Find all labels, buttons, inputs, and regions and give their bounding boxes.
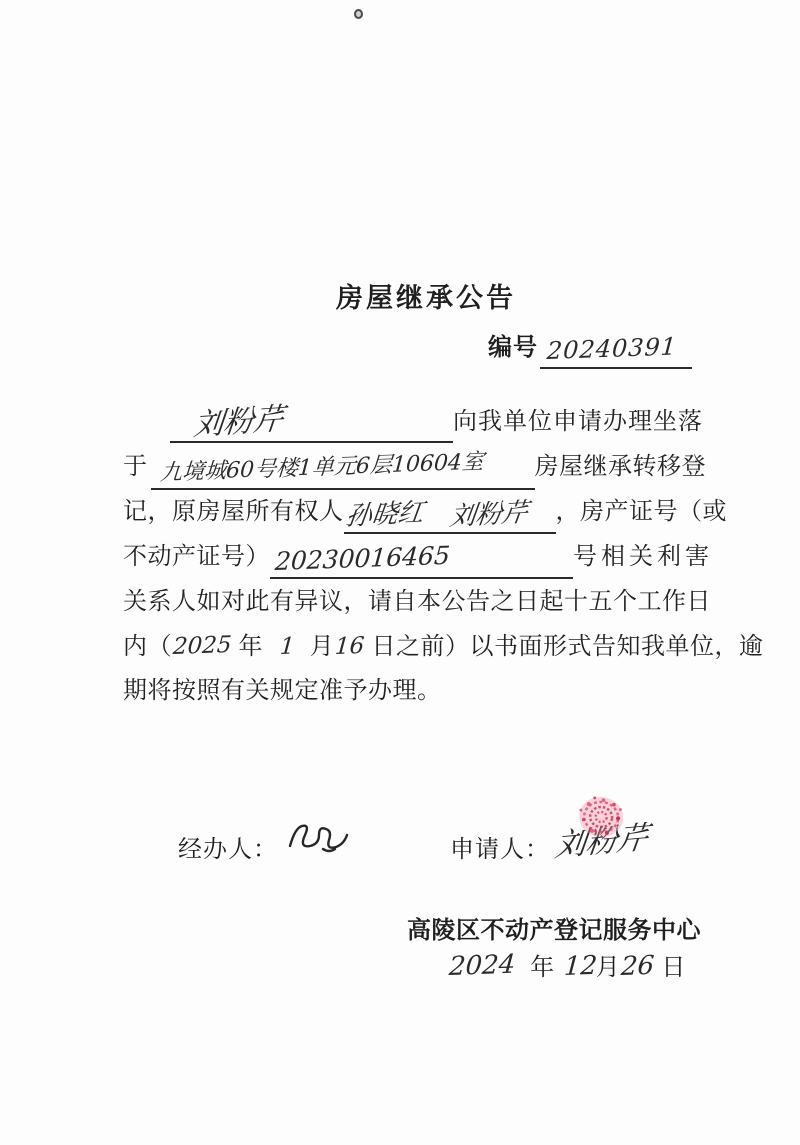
issue-date-line: 2024年12月26日	[448, 947, 686, 982]
former-owner-2-handwriting: 刘粉芹	[448, 498, 530, 532]
year-label: 年	[239, 633, 264, 660]
issue-day-label: 日	[661, 954, 686, 981]
body-text-line7: 期将按照有关规定准予办理。	[123, 677, 442, 704]
body-line-3: 记，原房屋所有权人孙晓红刘粉芹，房产证号（或	[123, 497, 727, 534]
issue-year-handwriting: 2024	[448, 950, 516, 982]
body-text-line6-suffix: 日之前）以书面形式告知我单位，逾	[371, 633, 763, 660]
body-text-after-address: 房屋继承转移登	[535, 453, 707, 480]
number-blank-underline: 20240391	[540, 337, 692, 369]
punch-mark-icon	[354, 9, 363, 19]
body-text-line4-prefix: 不动产证号）	[123, 543, 270, 570]
operator-label: 经办人：	[178, 829, 278, 864]
fingerprint-stamp-icon	[572, 792, 630, 850]
body-text-line4-suffix: 号相关利害	[573, 543, 713, 570]
issue-month-label: 月	[596, 954, 621, 981]
scanned-notice-page: 房屋继承公告 编号20240391 刘粉芹向我单位申请办理坐落 于九境城60号楼…	[0, 0, 800, 1145]
body-line-1: 刘粉芹向我单位申请办理坐落	[123, 407, 703, 443]
body-line-6: 内（2025年1月16日之前）以书面形式告知我单位，逾	[123, 632, 763, 662]
deadline-day-handwriting: 16	[334, 631, 365, 662]
body-line-4: 不动产证号）20230016465号相关利害	[123, 542, 713, 579]
issue-year-label: 年	[530, 954, 555, 981]
document-title: 房屋继承公告	[336, 276, 516, 315]
number-handwriting: 20240391	[546, 332, 678, 365]
body-line-5: 关系人如对此有异议，请自本公告之日起十五个工作日	[123, 587, 711, 617]
applicant-name-blank: 刘粉芹	[170, 411, 453, 443]
body-text-line6-prefix: 内（	[123, 633, 172, 660]
deadline-month-handwriting: 1	[279, 631, 296, 662]
cert-number-handwriting: 20230016465	[274, 541, 451, 577]
body-text-line3-suffix: ，房产证号（或	[556, 498, 728, 525]
issue-day-handwriting: 26	[620, 951, 655, 982]
cert-number-blank: 20230016465	[270, 547, 573, 579]
body-text-at: 于	[123, 453, 148, 480]
deadline-year-handwriting: 2025	[172, 630, 233, 662]
operator-signature-scribble	[286, 812, 350, 864]
applicant-label: 申请人：	[450, 829, 550, 864]
body-text-line3-prefix: 记，原房屋所有权人	[123, 498, 344, 525]
body-text-line5: 关系人如对此有异议，请自本公告之日起十五个工作日	[123, 588, 711, 615]
applicant-name-handwriting: 刘粉芹	[192, 404, 285, 441]
former-owner-1-handwriting: 孙晓红	[344, 498, 426, 532]
issuing-organization: 高陵区不动产登记服务中心	[407, 910, 701, 945]
body-text-after-name: 向我单位申请办理坐落	[453, 408, 703, 435]
document-number-line: 编号20240391	[488, 327, 692, 369]
address-blank: 九境城60号楼1单元6层10604室	[151, 458, 535, 490]
issue-month-handwriting: 12	[563, 951, 598, 982]
body-line-7: 期将按照有关规定准予办理。	[123, 676, 442, 706]
month-label: 月	[310, 633, 335, 660]
body-line-2: 于九境城60号楼1单元6层10604室房屋继承转移登	[123, 452, 706, 490]
address-handwriting: 九境城60号楼1单元6层10604室	[159, 448, 485, 489]
number-label: 编号	[488, 334, 538, 361]
former-owners-blank: 孙晓红刘粉芹	[344, 502, 556, 534]
